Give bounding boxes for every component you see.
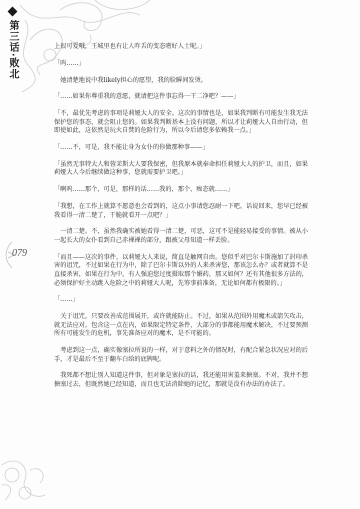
- paragraph: 「我想，在工作上就算不愿意也会看到的，这点小事请您忍耐一下吧。话说回来，您早已经…: [54, 203, 308, 220]
- paragraph: 「虽然无事特大人和蓉茉斯大人要我保密，但我原本就奉命担任莉娅大人的护卫，而且，如…: [54, 161, 308, 178]
- paragraph: 我死都不想让别人知道这件事，但对象是塞拉的话，我还能用害羞来搪塞。不对，我并不想…: [54, 372, 308, 389]
- chapter-tab: 第三话·败北: [5, 8, 19, 79]
- paragraph: 「……」: [54, 296, 308, 305]
- paragraph: 关于诅咒，只要改善成范围展开，或许就能防止。不过，如果从范围外用魔术或箭矢攻击，…: [54, 313, 308, 339]
- paragraph: 上很可爱哦，王城里也有让人咋舌的变态嗜好人士呢。」: [54, 43, 308, 52]
- paragraph: 「不，最优先考虑的事项是莉娅大人的安全。这次的事情也是，如果我判断有可能发生我无…: [54, 110, 308, 136]
- paragraph: 「而且——这次的事件，以莉娅大人来说，简直是触网自由。您似乎对巴尔卡斯施加了封印…: [54, 254, 308, 288]
- paragraph: 「……如果你尊重我的意愿，就请把这件事忘得一干二净吧？——」: [54, 93, 308, 102]
- paragraph: 她清楚地说中我likely担心的愿望，我的脸瞬间发烫。: [54, 77, 308, 86]
- chapter-title: 第三话·败北: [6, 20, 18, 79]
- paragraph: 考虑到这一点，确实像塞拉所说的一样，对于意料之外的情况时，有配合紧急状况应对的后…: [54, 347, 308, 364]
- paragraph: 「啊呜……那个，可是，那样的话……我的，那个，痴态就……」: [54, 186, 308, 195]
- page-number: 079: [12, 248, 27, 259]
- paragraph: 「……不，可是，我不能让身为女仆的你做那种事——」: [54, 144, 308, 153]
- body-text: 上很可爱哦，王城里也有让人咋舌的变态嗜好人士呢。」 「呜……」 她清楚地说中我l…: [54, 43, 308, 398]
- book-page: 第三话·败北 079 上很可爱哦，王城里也有让人咋舌的变态嗜好人士呢。」 「呜……: [0, 0, 360, 509]
- floral-swirl-ornament-bottom: [0, 455, 50, 509]
- paragraph: 一清二楚。不，虽然我确实被她看得一清二楚，可恶，这可不是能轻易接受的事情。被从小…: [54, 228, 308, 245]
- paragraph: 「呜……」: [54, 60, 308, 69]
- diamond-bullet-icon: [7, 7, 17, 17]
